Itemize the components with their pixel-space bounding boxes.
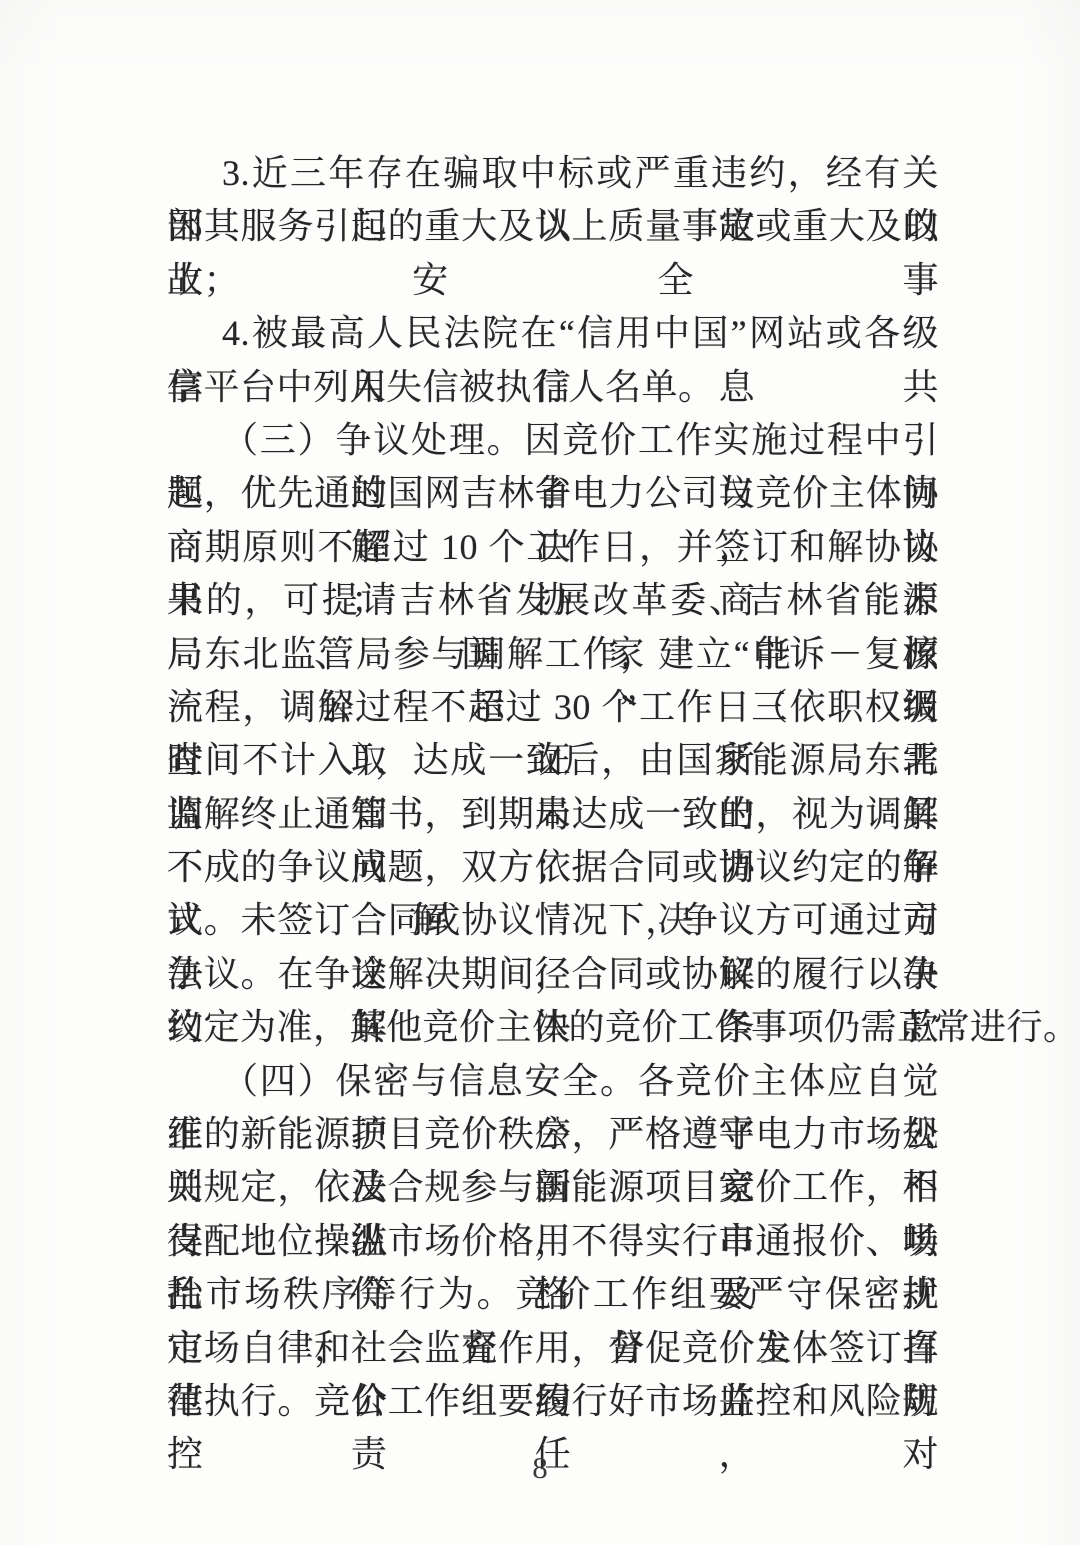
text-line: 争议。在争议解决期间，合同或协议的履行以争议解决条款 (167, 948, 939, 1001)
text-line: 商期原则不超过 10 个工作日，并签订和解协议书；协商未 (167, 521, 939, 574)
text-line: 题，优先通过国网吉林省电力公司与竞价主体协商解决，协 (167, 467, 939, 520)
text-line: 关规定，依法合规参与新能源项目竞价工作，不得滥用市场 (167, 1161, 939, 1214)
text-line: 调解终止通知书，到期未达成一致的，视为调解不成；调解 (167, 788, 939, 841)
text-line: 约定为准，其他竞价主体的竞价工作事项仍需正常进行。 (167, 1001, 939, 1054)
text-line: （三）争议处理。因竞价工作实施过程中引起的争议问 (167, 414, 939, 467)
text-line: 3.近三年存在骗取中标或严重违约，经有关部门认定的 (167, 147, 939, 200)
text-line: 乱市场秩序等行为。竞价工作组要严守保密规定，充分发挥 (167, 1268, 939, 1321)
text-line: 范执行。竞价工作组要履行好市场监控和风险防控责任，对 (167, 1375, 939, 1428)
text-line: 式。未签订合同或协议情况下，争议方可通过司法途径解决 (167, 894, 939, 947)
text-line: 果的，可提请吉林省发展改革委、吉林省能源局、国家能源 (167, 574, 939, 627)
text-line: 正的新能源项目竞价秩序，严格遵守电力市场规则及国家相 (167, 1108, 939, 1161)
text-line: （四）保密与信息安全。各竞价主体应自觉维护公平公 (167, 1055, 939, 1108)
text-line: 4.被最高人民法院在“信用中国”网站或各级信用信息共 (167, 307, 939, 360)
scanned-document-page: 3.近三年存在骗取中标或严重违约，经有关部门认定的因其服务引起的重大及以上质量事… (0, 0, 1080, 1545)
text-line: 支配地位操纵市场价格，不得实行串通报价、哄抬价格及扰 (167, 1215, 939, 1268)
text-line: 时间不计入），达成一致后，由国家能源局东北监管局出具 (167, 734, 939, 787)
text-line: 局东北监管局参与调解工作，建立“申诉－复核－公示”三级 (167, 628, 939, 681)
document-body: 3.近三年存在骗取中标或严重违约，经有关部门认定的因其服务引起的重大及以上质量事… (167, 147, 939, 1428)
text-line: 不成的争议问题，双方依据合同或协议约定的争议解决方 (167, 841, 939, 894)
text-line: 因其服务引起的重大及以上质量事故或重大及以上安全事 (167, 200, 939, 253)
text-line: 流程，调解过程不超过 30 个工作日（依职权调查取证所需 (167, 681, 939, 734)
page-number: 8 (0, 1448, 1080, 1488)
text-line: 市场自律和社会监督作用，督促竞价主体签订自律公约并规 (167, 1322, 939, 1375)
